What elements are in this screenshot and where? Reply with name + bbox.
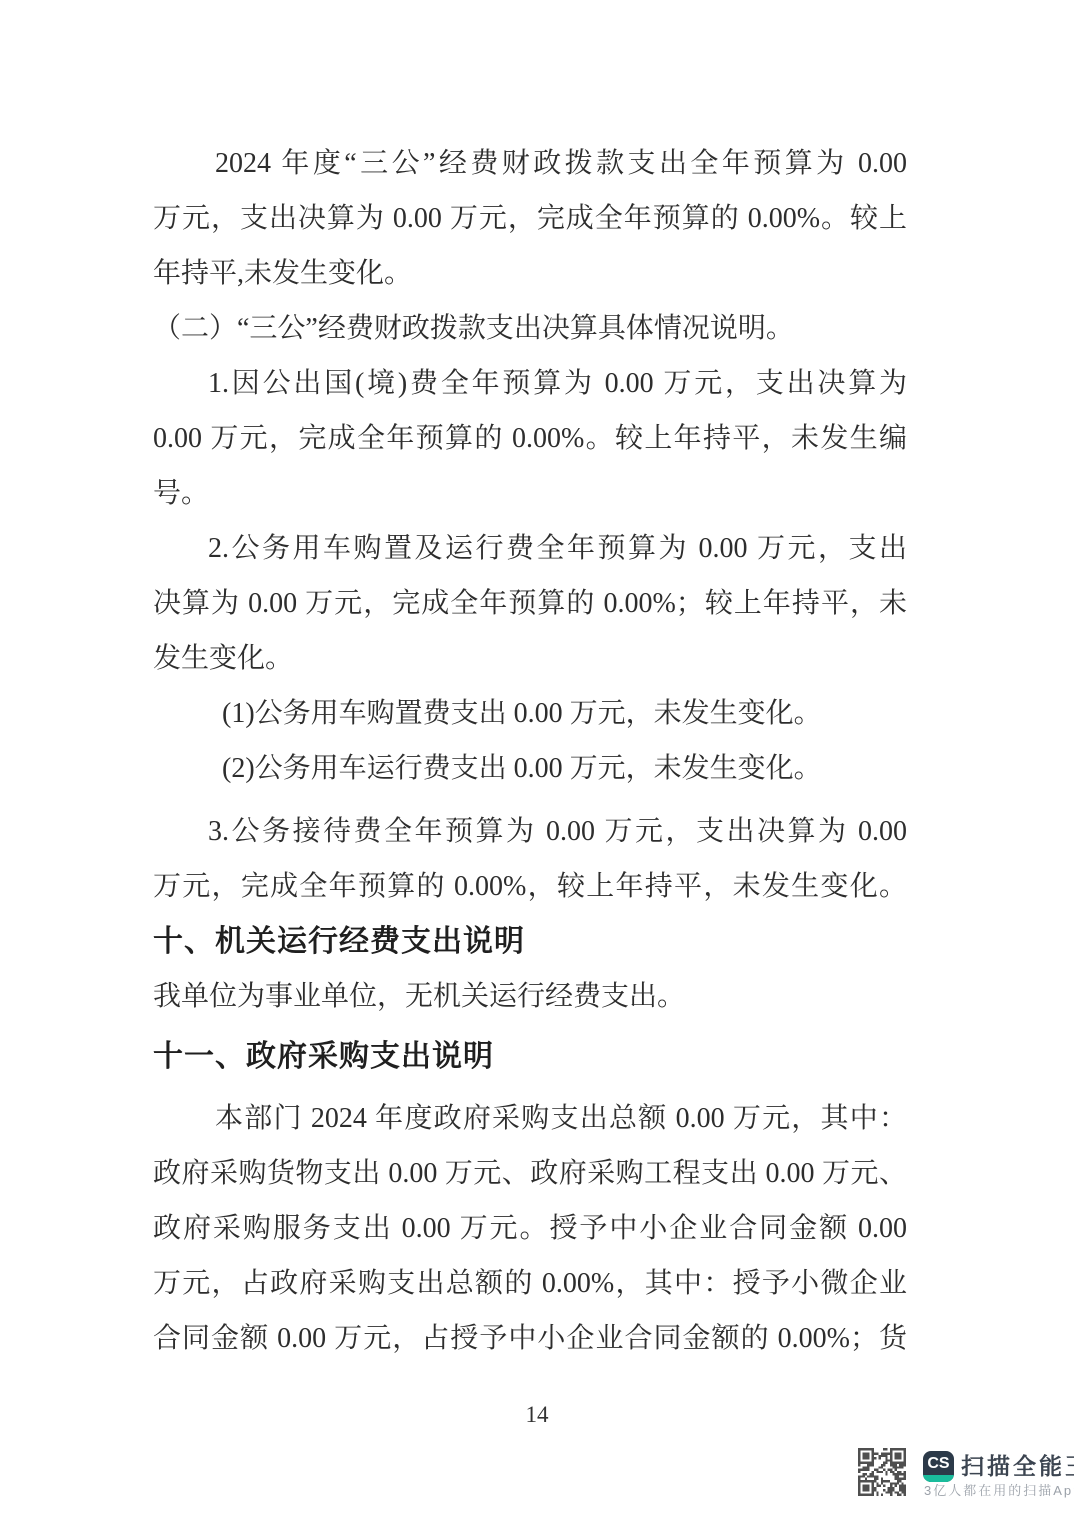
section-heading: 十一、政府采购支出说明 [153, 1029, 907, 1084]
text-line: 万元，占政府采购支出总额的 0.00%，其中：授予小微企业 [153, 1256, 907, 1311]
text-line: 政府采购服务支出 0.00 万元。授予中小企业合同金额 0.00 [153, 1201, 907, 1256]
text-line: 万元，支出决算为 0.00 万元，完成全年预算的 0.00%。较上 [153, 191, 907, 246]
camscanner-logo-background [923, 1451, 954, 1482]
text-line: （二）“三公”经费财政拨款支出决算具体情况说明。 [153, 301, 907, 356]
text-line: 3.公务接待费全年预算为 0.00 万元，支出决算为 0.00 [153, 804, 907, 859]
text-line: 政府采购货物支出 0.00 万元、政府采购工程支出 0.00 万元、 [153, 1146, 907, 1201]
text-line: 2024 年度“三公”经费财政拨款支出全年预算为 0.00 [153, 136, 907, 191]
document-body: 2024 年度“三公”经费财政拨款支出全年预算为 0.00万元，支出决算为 0.… [153, 136, 907, 1366]
camscanner-logo-accent [923, 1475, 954, 1482]
text-line: 0.00 万元，完成全年预算的 0.00%。较上年持平，未发生编 [153, 411, 907, 466]
text-line: 2.公务用车购置及运行费全年预算为 0.00 万元，支出 [153, 521, 907, 576]
watermark-tagline: 3亿人都在用的扫描App [924, 1482, 1074, 1499]
text-line: 决算为 0.00 万元，完成全年预算的 0.00%；较上年持平，未 [153, 576, 907, 631]
camscanner-logo-icon: CS [923, 1451, 954, 1482]
camscanner-logo-text: CS [923, 1451, 954, 1476]
text-line: 1.因公出国(境)费全年预算为 0.00 万元，支出决算为 [153, 356, 907, 411]
text-line: 本部门 2024 年度政府采购支出总额 0.00 万元，其中： [153, 1091, 907, 1146]
text-line: 号。 [153, 466, 907, 521]
text-line: 合同金额 0.00 万元，占授予中小企业合同金额的 0.00%；货 [153, 1311, 907, 1366]
qr-code-icon [858, 1446, 906, 1498]
text-line: (1)公务用车购置费支出 0.00 万元，未发生变化。 [153, 686, 907, 741]
watermark-app-name: 扫描全能王 [961, 1451, 1074, 1481]
text-line: 年持平,未发生变化。 [153, 246, 907, 301]
text-line: 我单位为事业单位，无机关运行经费支出。 [153, 969, 907, 1024]
text-line: 万元，完成全年预算的 0.00%，较上年持平，未发生变化。 [153, 859, 907, 914]
page-number: 14 [0, 1402, 1074, 1428]
section-heading: 十、机关运行经费支出说明 [153, 914, 907, 969]
text-line: (2)公务用车运行费支出 0.00 万元，未发生变化。 [153, 741, 907, 796]
text-line: 发生变化。 [153, 631, 907, 686]
